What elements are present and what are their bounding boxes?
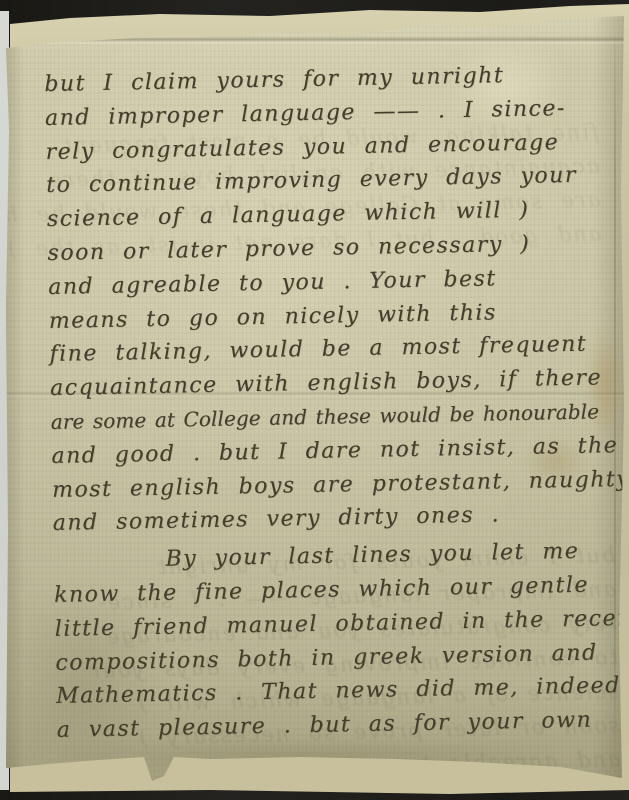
letter-paper: fine talking, would be a most frequent a… bbox=[6, 10, 624, 790]
scanned-letter-page: fine talking, would be a most frequent a… bbox=[0, 0, 629, 800]
letter-body: but I claim yours for my unright and imp… bbox=[44, 57, 623, 748]
